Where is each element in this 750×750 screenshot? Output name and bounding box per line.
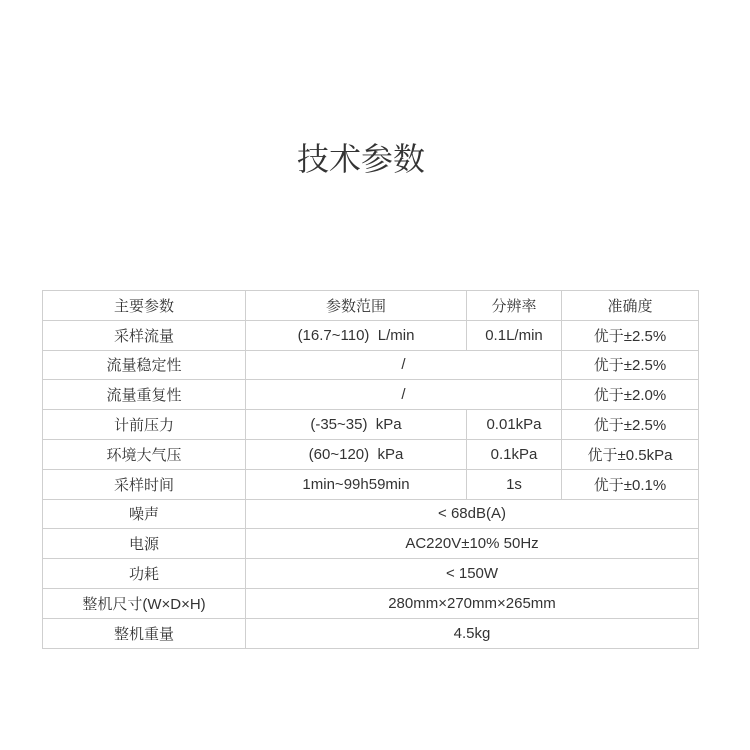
cell-range: (60~120) kPa bbox=[246, 439, 467, 469]
table-row-power-consumption: 功耗 < 150W bbox=[43, 559, 699, 589]
cell-param: 整机尺寸(W×D×H) bbox=[43, 588, 246, 618]
cell-accuracy: 优于±2.5% bbox=[562, 350, 699, 380]
cell-resolution: 0.1kPa bbox=[467, 439, 562, 469]
table-row-ambient-pressure: 环境大气压 (60~120) kPa 0.1kPa 优于±0.5kPa bbox=[43, 439, 699, 469]
header-param: 主要参数 bbox=[43, 291, 246, 321]
spec-table-container: 主要参数 参数范围 分辨率 准确度 采样流量 (16.7~110) L/min … bbox=[42, 290, 698, 649]
cell-range: (-35~35) kPa bbox=[246, 410, 467, 440]
table-row-dimensions: 整机尺寸(W×D×H) 280mm×270mm×265mm bbox=[43, 588, 699, 618]
cell-resolution: 0.01kPa bbox=[467, 410, 562, 440]
cell-param: 流量稳定性 bbox=[43, 350, 246, 380]
cell-param: 噪声 bbox=[43, 499, 246, 529]
header-resolution: 分辨率 bbox=[467, 291, 562, 321]
cell-resolution: 1s bbox=[467, 469, 562, 499]
table-row-inlet-pressure: 计前压力 (-35~35) kPa 0.01kPa 优于±2.5% bbox=[43, 410, 699, 440]
cell-value: < 150W bbox=[246, 559, 699, 589]
cell-param: 功耗 bbox=[43, 559, 246, 589]
table-header-row: 主要参数 参数范围 分辨率 准确度 bbox=[43, 291, 699, 321]
cell-value: < 68dB(A) bbox=[246, 499, 699, 529]
cell-range-resolution: / bbox=[246, 380, 562, 410]
spec-table: 主要参数 参数范围 分辨率 准确度 采样流量 (16.7~110) L/min … bbox=[42, 290, 699, 649]
cell-accuracy: 优于±2.0% bbox=[562, 380, 699, 410]
table-row-weight: 整机重量 4.5kg bbox=[43, 618, 699, 648]
cell-accuracy: 优于±0.1% bbox=[562, 469, 699, 499]
header-range: 参数范围 bbox=[246, 291, 467, 321]
cell-value: AC220V±10% 50Hz bbox=[246, 529, 699, 559]
cell-accuracy: 优于±0.5kPa bbox=[562, 439, 699, 469]
cell-param: 采样时间 bbox=[43, 469, 246, 499]
cell-param: 计前压力 bbox=[43, 410, 246, 440]
cell-value: 280mm×270mm×265mm bbox=[246, 588, 699, 618]
header-accuracy: 准确度 bbox=[562, 291, 699, 321]
table-row-flow-stability: 流量稳定性 / 优于±2.5% bbox=[43, 350, 699, 380]
cell-range: 1min~99h59min bbox=[246, 469, 467, 499]
cell-accuracy: 优于±2.5% bbox=[562, 320, 699, 350]
table-row-flow-repeatability: 流量重复性 / 优于±2.0% bbox=[43, 380, 699, 410]
page: 技术参数 主要参数 参数范围 分辨率 准确度 采样流量 (16.7~110) L… bbox=[0, 0, 750, 750]
cell-param: 整机重量 bbox=[43, 618, 246, 648]
table-row-sampling-flow: 采样流量 (16.7~110) L/min 0.1L/min 优于±2.5% bbox=[43, 320, 699, 350]
cell-param: 流量重复性 bbox=[43, 380, 246, 410]
cell-accuracy: 优于±2.5% bbox=[562, 410, 699, 440]
cell-range-resolution: / bbox=[246, 350, 562, 380]
cell-param: 采样流量 bbox=[43, 320, 246, 350]
cell-param: 环境大气压 bbox=[43, 439, 246, 469]
cell-resolution: 0.1L/min bbox=[467, 320, 562, 350]
cell-range: (16.7~110) L/min bbox=[246, 320, 467, 350]
table-row-noise: 噪声 < 68dB(A) bbox=[43, 499, 699, 529]
table-row-sampling-time: 采样时间 1min~99h59min 1s 优于±0.1% bbox=[43, 469, 699, 499]
cell-value: 4.5kg bbox=[246, 618, 699, 648]
page-title: 技术参数 bbox=[0, 134, 722, 180]
table-row-power-supply: 电源 AC220V±10% 50Hz bbox=[43, 529, 699, 559]
cell-param: 电源 bbox=[43, 529, 246, 559]
